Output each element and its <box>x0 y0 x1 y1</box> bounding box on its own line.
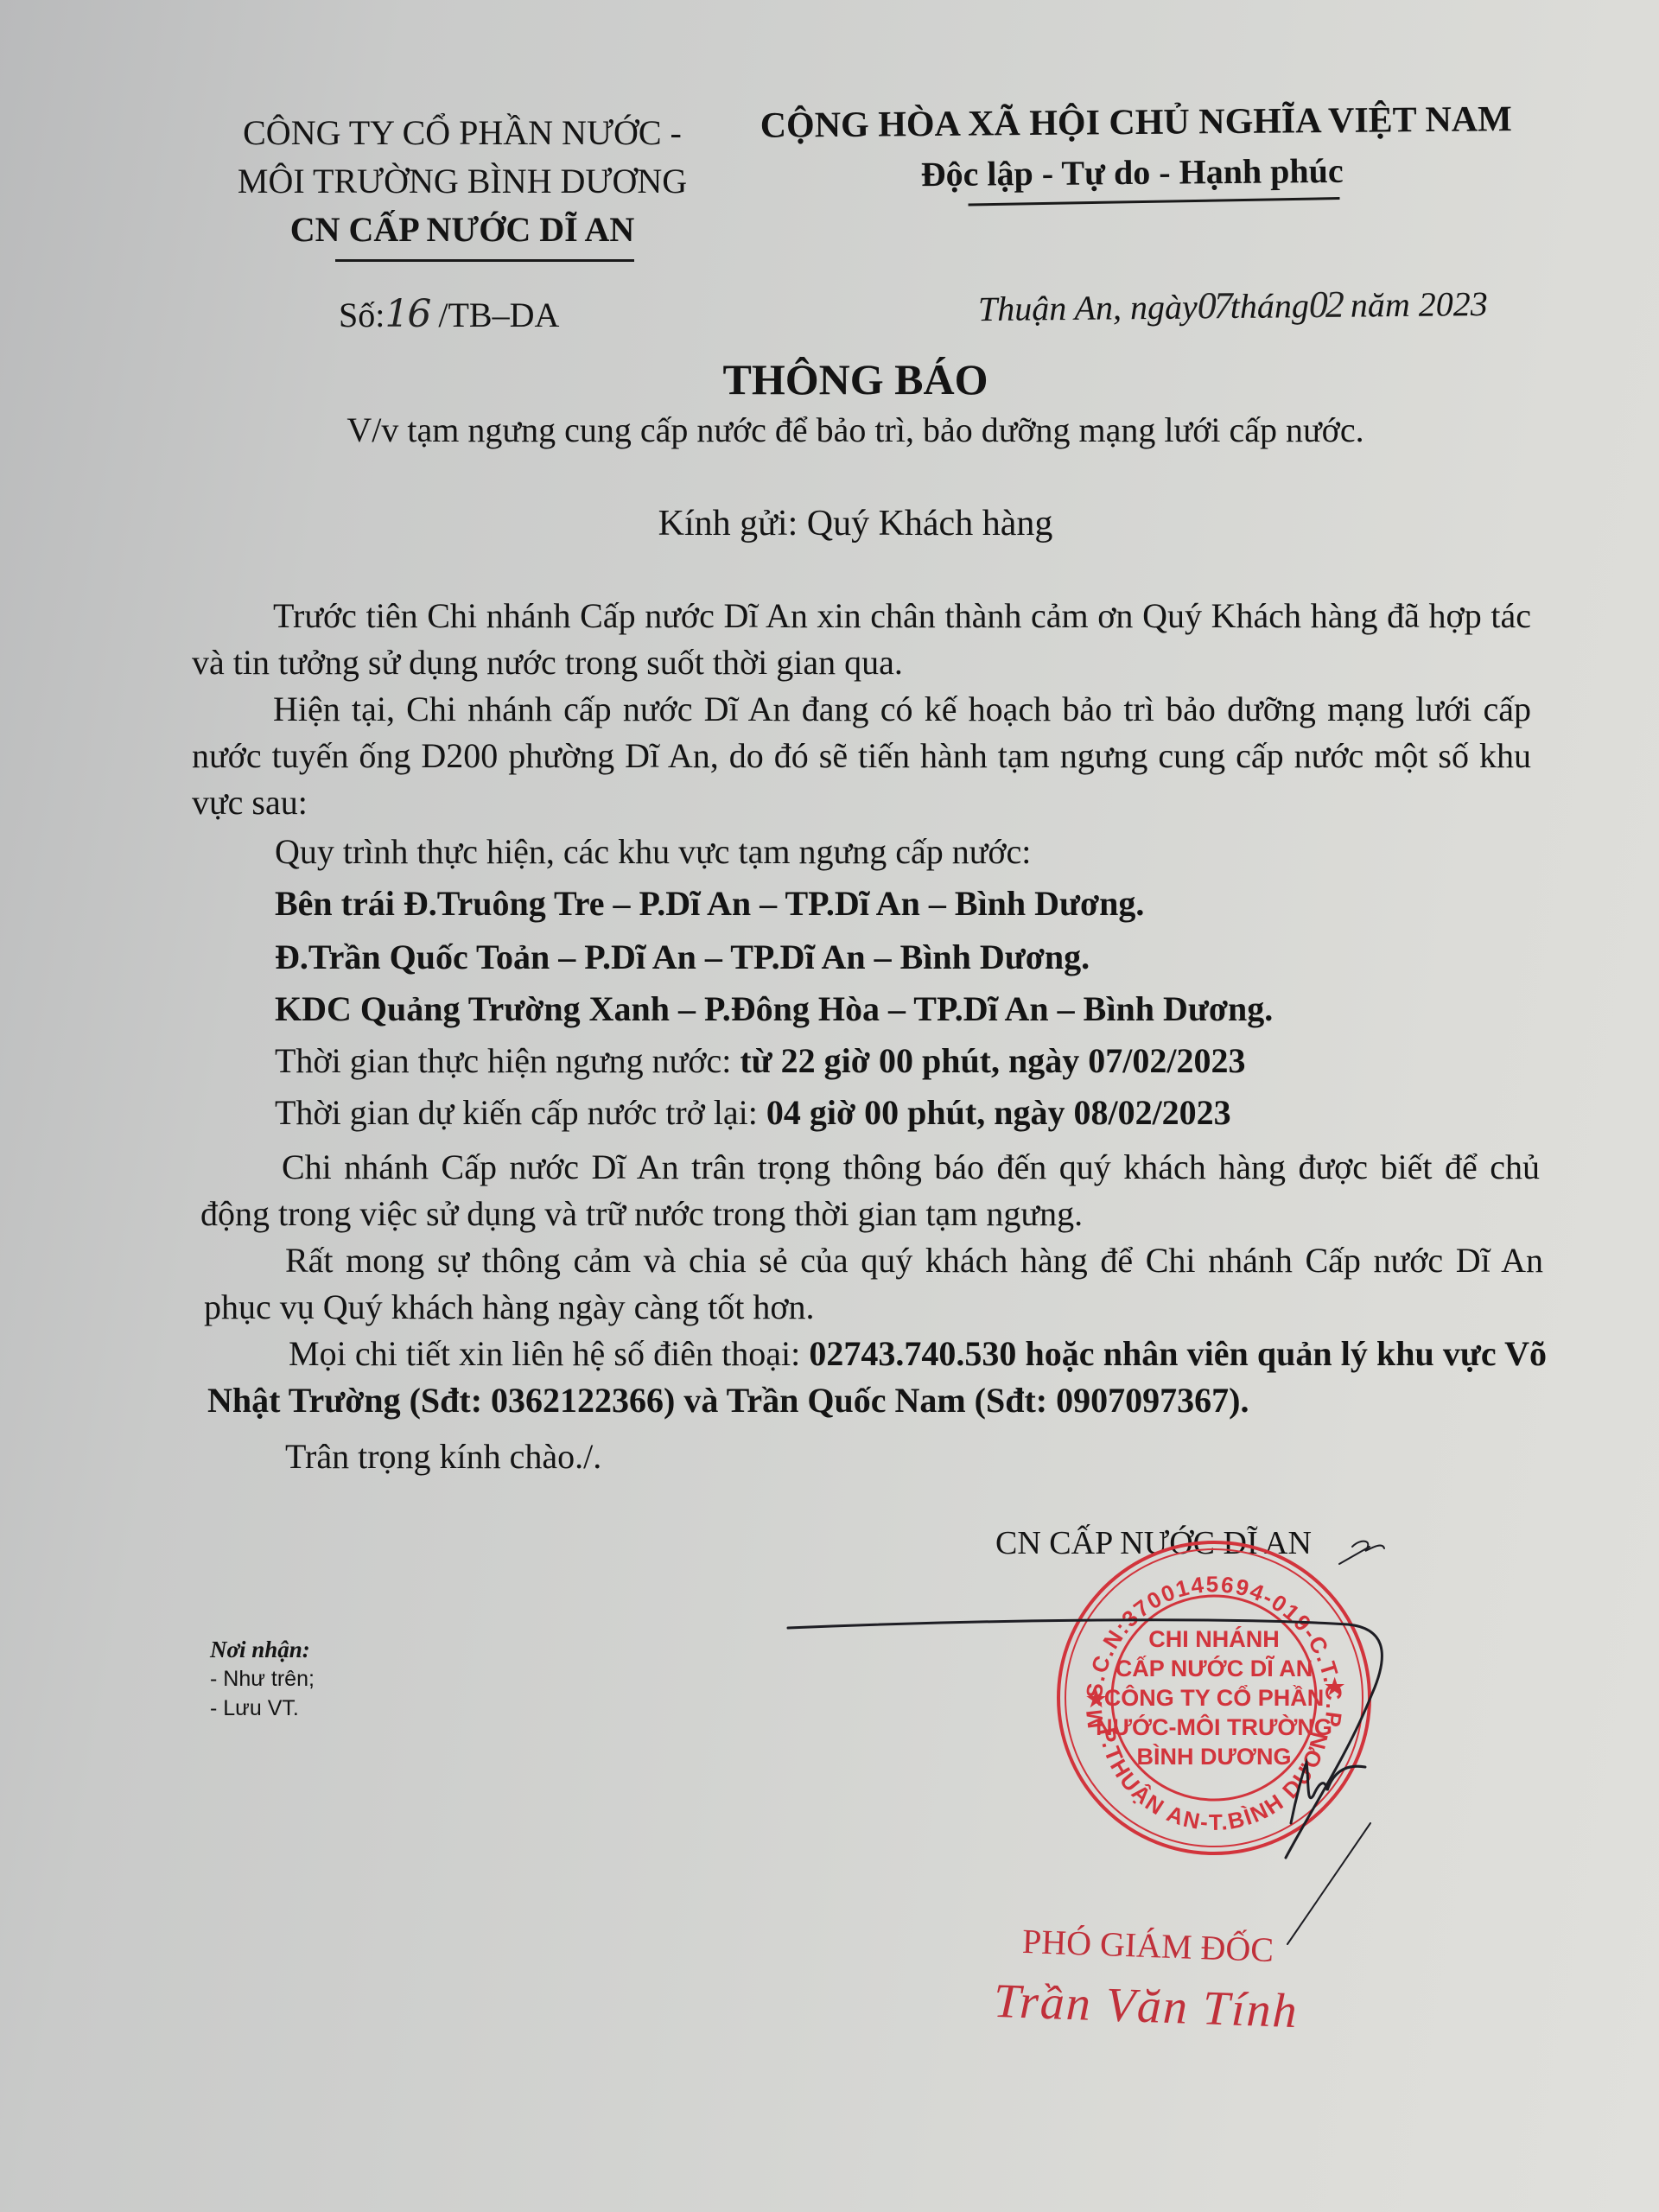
signer-title: PHÓ GIÁM ĐỐC <box>1021 1921 1274 1970</box>
seal-center-line: CHI NHÁNH <box>1148 1625 1280 1652</box>
company-seal: M.S.C.N:3700145694-019-C.T.C.P TP.THUẬN … <box>1050 1534 1378 1862</box>
date-month-handwritten: 02 <box>1309 283 1343 326</box>
contact-label: Mọi chi tiết xin liên hệ số điên thoại: <box>289 1334 809 1373</box>
greeting: Kính gửi: Quý Khách hàng <box>0 503 1659 544</box>
stop-time-label: Thời gian thực hiện ngưng nước: <box>275 1041 740 1080</box>
areas-intro: Quy trình thực hiện, các khu vực tạm ngư… <box>275 831 1031 872</box>
area-item: Đ.Trần Quốc Toản – P.Dĩ An – TP.Dĩ An – … <box>275 937 1090 977</box>
doc-number-prefix: Số: <box>339 296 385 334</box>
parent-company-line2: MÔI TRƯỜNG BÌNH DƯƠNG <box>233 157 691 206</box>
recipients-block: Nơi nhận: - Như trên; - Lưu VT. <box>210 1635 315 1723</box>
date-year: năm 2023 <box>1342 284 1488 325</box>
doc-number-suffix: /TB–DA <box>429 296 559 334</box>
date-day-handwritten: 07 <box>1197 284 1230 327</box>
paragraph-plan-text: Hiện tại, Chi nhánh cấp nước Dĩ An đang … <box>192 690 1531 822</box>
seal-center-line: NƯỚC-MÔI TRƯỜNG <box>1096 1713 1332 1740</box>
header-right-underline <box>969 197 1340 207</box>
paragraph-apology: Rất mong sự thông cảm và chia sẻ của quý… <box>204 1237 1543 1331</box>
date-place: Thuận An, ngày <box>978 287 1198 328</box>
resume-time-value: 04 giờ 00 phút, ngày 08/02/2023 <box>766 1093 1231 1132</box>
document-subject: V/v tạm ngưng cung cấp nước để bảo trì, … <box>0 410 1659 450</box>
date-line: Thuận An, ngày07tháng02 năm 2023 <box>978 281 1488 330</box>
paragraph-notice-text: Chi nhánh Cấp nước Dĩ An trân trọng thôn… <box>200 1147 1540 1233</box>
recipients-label: Nơi nhận: <box>210 1635 315 1664</box>
seal-star-icon: ★ <box>1325 1674 1345 1700</box>
paragraph-thanks: Trước tiên Chi nhánh Cấp nước Dĩ An xin … <box>192 593 1531 686</box>
issuing-organization: CÔNG TY CỔ PHẦN NƯỚC - MÔI TRƯỜNG BÌNH D… <box>233 109 691 262</box>
resume-time-label: Thời gian dự kiến cấp nước trở lại: <box>275 1093 766 1132</box>
seal-center-line: BÌNH DƯƠNG <box>1137 1743 1292 1770</box>
header-left-underline <box>335 259 634 262</box>
area-item: KDC Quảng Trường Xanh – P.Đông Hòa – TP.… <box>275 988 1273 1029</box>
closing-remark: Trân trọng kính chào./. <box>285 1436 601 1477</box>
document-page: CÔNG TY CỔ PHẦN NƯỚC - MÔI TRƯỜNG BÌNH D… <box>0 0 1659 2212</box>
date-month-label: tháng <box>1230 286 1309 326</box>
recipient-item: - Như trên; <box>210 1664 315 1694</box>
seal-center-line: CÔNG TY CỔ PHẦN <box>1104 1684 1325 1711</box>
stop-time-value: từ 22 giờ 00 phút, ngày 07/02/2023 <box>740 1041 1245 1080</box>
seal-center-text: CHI NHÁNHCẤP NƯỚC DĨ ANCÔNG TY CỔ PHẦNNƯ… <box>1096 1625 1332 1770</box>
national-header: CỘNG HÒA XÃ HỘI CHỦ NGHĨA VIỆT NAM Độc l… <box>760 93 1503 207</box>
resume-time: Thời gian dự kiến cấp nước trở lại: 04 g… <box>275 1092 1231 1133</box>
paragraph-notice: Chi nhánh Cấp nước Dĩ An trân trọng thôn… <box>200 1144 1540 1237</box>
stop-time: Thời gian thực hiện ngưng nước: từ 22 gi… <box>275 1040 1245 1081</box>
branch-name: CN CẤP NƯỚC DĨ AN <box>233 206 691 254</box>
national-motto: Độc lập - Tự do - Hạnh phúc <box>760 145 1503 200</box>
document-title: THÔNG BÁO <box>0 354 1659 404</box>
nation-name: CỘNG HÒA XÃ HỘI CHỦ NGHĨA VIỆT NAM <box>760 93 1503 152</box>
doc-number-handwritten: 16 <box>385 292 429 336</box>
paragraph-thanks-text: Trước tiên Chi nhánh Cấp nước Dĩ An xin … <box>192 596 1531 682</box>
recipient-item: - Lưu VT. <box>210 1694 315 1723</box>
paragraph-apology-text: Rất mong sự thông cảm và chia sẻ của quý… <box>204 1241 1543 1326</box>
signer-name: Trần Văn Tính <box>993 1974 1300 2039</box>
seal-center-line: CẤP NƯỚC DĨ AN <box>1116 1655 1313 1681</box>
area-item: Bên trái Đ.Truông Tre – P.Dĩ An – TP.Dĩ … <box>275 883 1144 924</box>
parent-company-line1: CÔNG TY CỔ PHẦN NƯỚC - <box>233 109 691 157</box>
paragraph-contact: Mọi chi tiết xin liên hệ số điên thoại: … <box>207 1331 1547 1424</box>
document-number: Số:16 /TB–DA <box>339 292 559 336</box>
paragraph-plan: Hiện tại, Chi nhánh cấp nước Dĩ An đang … <box>192 686 1531 826</box>
